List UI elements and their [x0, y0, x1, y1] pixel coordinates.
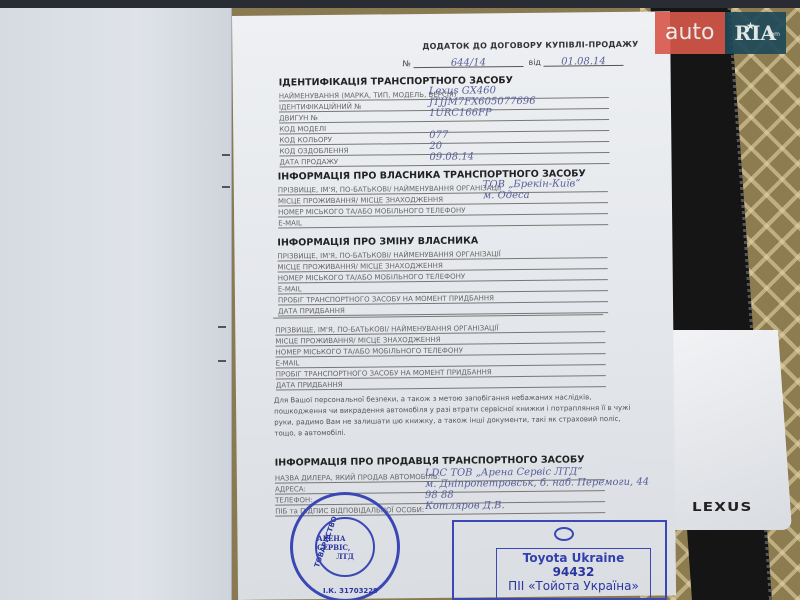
field-label: ДАТА ПРИДБАННЯ	[278, 307, 345, 316]
field-value: JTJJM7FX605077696	[429, 97, 536, 108]
field-label: ПРІЗВИЩЕ, ІМ'Я, ПО-БАТЬКОВІ/ НАЙМЕНУВАНН…	[278, 184, 501, 194]
toyota-logo-icon	[554, 527, 574, 541]
staple	[222, 186, 230, 188]
field-label: КОД КОЛЬОРУ	[279, 136, 332, 145]
contract-date: 01.08.14	[561, 56, 606, 67]
vehicle-fields: НАЙМЕНУВАННЯ (МАРКА, ТИП, МОДЕЛЬ, ВЕРСІЯ…	[232, 11, 670, 16]
field-label: ІДЕНТИФІКАЦІЙНИЙ №	[279, 103, 362, 112]
field-value: 077	[429, 131, 448, 141]
lexus-logo: LEXUS	[692, 500, 753, 514]
field-value: 1URC166FP	[429, 108, 492, 119]
field-label: ДВИГУН №	[279, 114, 318, 122]
field-label: НАЗВА ДИЛЕРА, ЯКИЙ ПРОДАВ АВТОМОБІЛЬ:	[275, 473, 440, 483]
field-label: ТЕЛЕФОН:	[275, 496, 313, 504]
field-label: ПРОБІГ ТРАНСПОРТНОГО ЗАСОБУ НА МОМЕНТ ПР…	[276, 368, 492, 378]
field-label: МІСЦЕ ПРОЖИВАННЯ/ МІСЦЕ ЗНАХОДЖЕННЯ	[278, 262, 443, 272]
field-label: МІСЦЕ ПРОЖИВАННЯ/ МІСЦЕ ЗНАХОДЖЕННЯ	[278, 196, 443, 206]
form-field: ДАТА ПРОДАЖУ09.08.14	[279, 154, 609, 167]
seller-fields: НАЗВА ДИЛЕРА, ЯКИЙ ПРОДАВ АВТОМОБІЛЬ:LDC…	[232, 11, 670, 16]
field-label: КОД МОДЕЛІ	[279, 125, 326, 133]
field-value: м. Дніпропетровськ, б. наб. Перемоги, 44	[425, 478, 649, 490]
field-label: МІСЦЕ ПРОЖИВАННЯ/ МІСЦЕ ЗНАХОДЖЕННЯ	[275, 336, 440, 346]
field-label: НОМЕР МІСЬКОГО ТА/АБО МОБІЛЬНОГО ТЕЛЕФОН…	[278, 273, 465, 283]
field-label: E-MAIL	[278, 219, 302, 227]
left-page	[0, 8, 232, 600]
form-field: E-MAIL	[278, 215, 608, 228]
field-value: Lexus GX460	[429, 86, 496, 97]
change-owner-block-2: ПРІЗВИЩЕ, ІМ'Я, ПО-БАТЬКОВІ/ НАЙМЕНУВАНН…	[232, 11, 670, 16]
field-value: Котляров Д.В.	[425, 501, 505, 512]
field-value: м. Одеса	[483, 191, 530, 201]
field-label: ПРІЗВИЩЕ, ІМ'Я, ПО-БАТЬКОВІ/ НАЙМЕНУВАНН…	[275, 324, 498, 334]
staple	[222, 154, 230, 156]
star-icon: ★	[747, 10, 755, 44]
document-page: ДОДАТОК ДО ДОГОВОРУ КУПІВЛІ-ПРОДАЖУ № 64…	[232, 11, 676, 600]
field-label: НОМЕР МІСЬКОГО ТА/АБО МОБІЛЬНОГО ТЕЛЕФОН…	[278, 207, 465, 217]
change-owner-section-title: ІНФОРМАЦІЯ ПРО ЗМІНУ ВЛАСНИКА	[277, 235, 478, 248]
owner-fields: ПРІЗВИЩЕ, ІМ'Я, ПО-БАТЬКОВІ/ НАЙМЕНУВАНН…	[232, 11, 670, 16]
autoria-watermark: auto ★ RIA .com	[655, 12, 786, 54]
field-value: 20	[429, 142, 442, 152]
toyota-rect-stamp: Toyota Ukraine 94432 ПІІ «Тойота Україна…	[452, 520, 667, 600]
field-value: ТОВ „Брекін-Київ”	[483, 179, 581, 190]
staple	[218, 360, 226, 362]
field-label: КОД ОЗДОБЛЕННЯ	[279, 147, 348, 156]
field-value: 09.08.14	[429, 152, 474, 162]
addendum-title: ДОДАТОК ДО ДОГОВОРУ КУПІВЛІ-ПРОДАЖУ	[422, 40, 638, 51]
form-field: ДАТА ПРИДБАННЯ	[276, 377, 606, 390]
field-label: ПРІЗВИЩЕ, ІМ'Я, ПО-БАТЬКОВІ/ НАЙМЕНУВАНН…	[277, 250, 500, 260]
stamp-code: І.К. 31703229	[323, 587, 378, 595]
contract-number-row: № 644/14 від 01.08.14	[402, 56, 623, 68]
field-label: АДРЕСА:	[275, 485, 306, 493]
field-label: ДАТА ПРОДАЖУ	[279, 158, 338, 167]
top-strip	[0, 0, 800, 8]
contract-number: 644/14	[451, 57, 486, 68]
change-owner-block-1: ПРІЗВИЩЕ, ІМ'Я, ПО-БАТЬКОВІ/ НАЙМЕНУВАНН…	[232, 11, 670, 16]
safety-note: Для Вашої персональної безпеки, а також …	[274, 392, 644, 440]
field-value: 98 88	[425, 491, 454, 501]
staple	[218, 326, 226, 328]
field-label: ДАТА ПРИДБАННЯ	[276, 381, 343, 390]
field-label: E-MAIL	[276, 359, 300, 367]
field-label: E-MAIL	[278, 285, 302, 293]
field-label: НОМЕР МІСЬКОГО ТА/АБО МОБІЛЬНОГО ТЕЛЕФОН…	[275, 347, 462, 357]
dealer-round-stamp: ТОВАРИСТВО АРЕНА СЕРВІС, ЛТД І.К. 317032…	[290, 492, 400, 600]
field-label: ПРОБІГ ТРАНСПОРТНОГО ЗАСОБУ НА МОМЕНТ ПР…	[278, 294, 494, 304]
